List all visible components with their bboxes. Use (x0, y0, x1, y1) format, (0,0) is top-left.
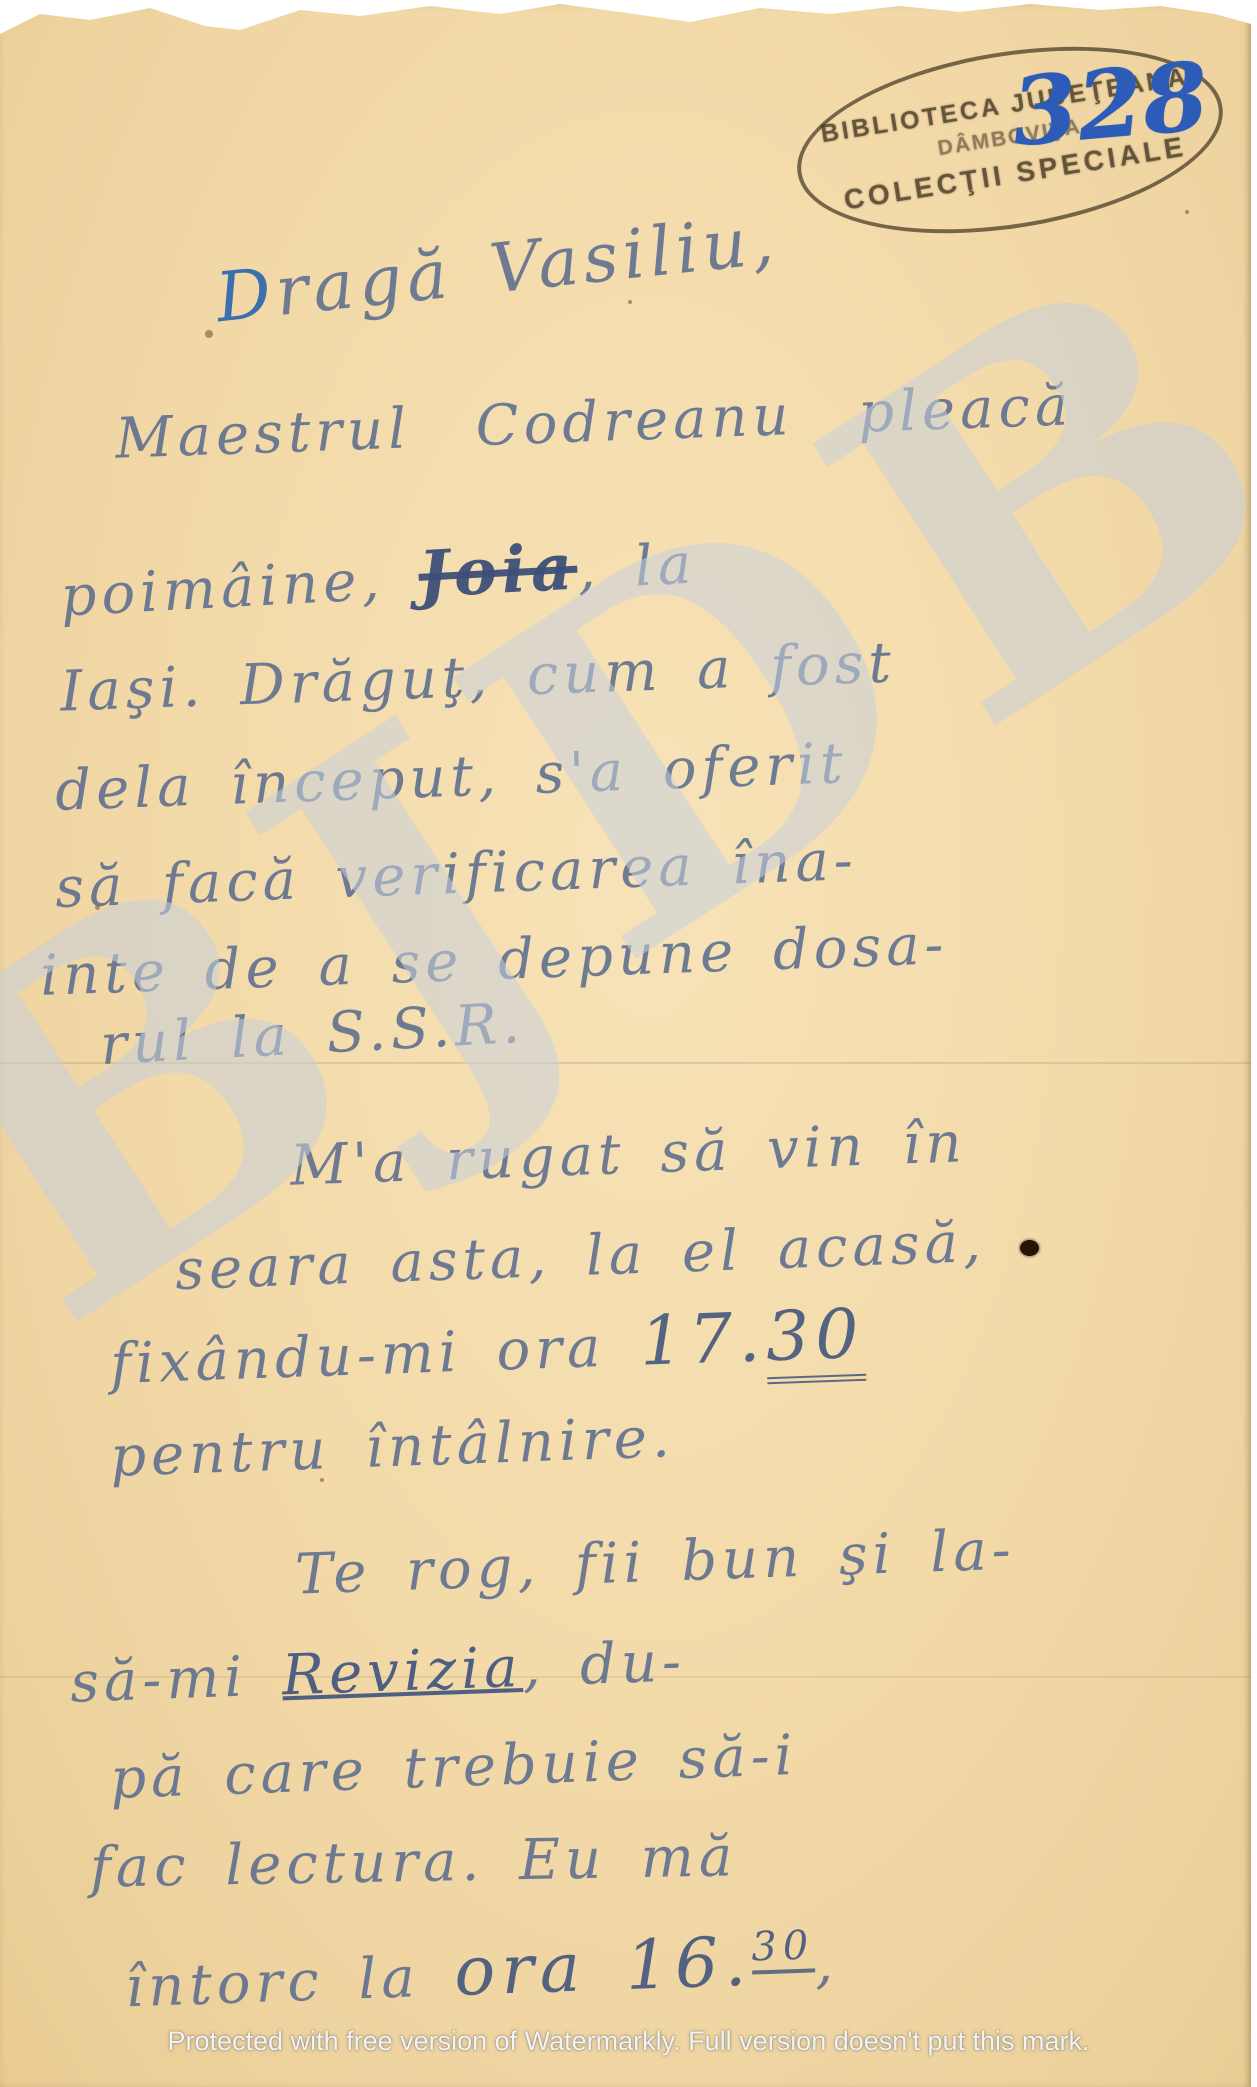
line-segment: , (814, 1931, 839, 1997)
paper-speck (628, 300, 632, 304)
line-segment: , du- (521, 1629, 687, 1700)
scanned-letter-page: BIBLIOTECA JUDEŢEANĂ DÂMBOVIŢA COLECŢII … (0, 0, 1257, 2087)
ink-dot (1020, 1240, 1039, 1256)
line-segment: , la (576, 531, 698, 602)
strikethrough-word: Joia (417, 530, 579, 613)
time-minutes-underlined: 30 (765, 1295, 866, 1384)
time-hours: ora 16. (453, 1923, 753, 2012)
underlined-word-revizia: Revizia (281, 1635, 524, 1708)
line-segment: să-mi (69, 1643, 283, 1715)
time-minutes-superscript: 30 (751, 1923, 816, 1975)
watermarkly-notice: Protected with free version of Watermark… (0, 2026, 1257, 2057)
greeting-initial: D (212, 253, 279, 338)
paper-speck (1185, 210, 1189, 214)
return-time: ora 16.30 (453, 1920, 816, 2012)
accession-number: 328 (1008, 42, 1213, 169)
meeting-time: 17.30 (639, 1295, 867, 1384)
paper-speck (205, 330, 213, 338)
line-segment: întorc la (124, 1944, 455, 2020)
time-hours: 17. (639, 1298, 768, 1381)
handwriting-line: fac lectura. Eu mă (89, 1824, 737, 1900)
